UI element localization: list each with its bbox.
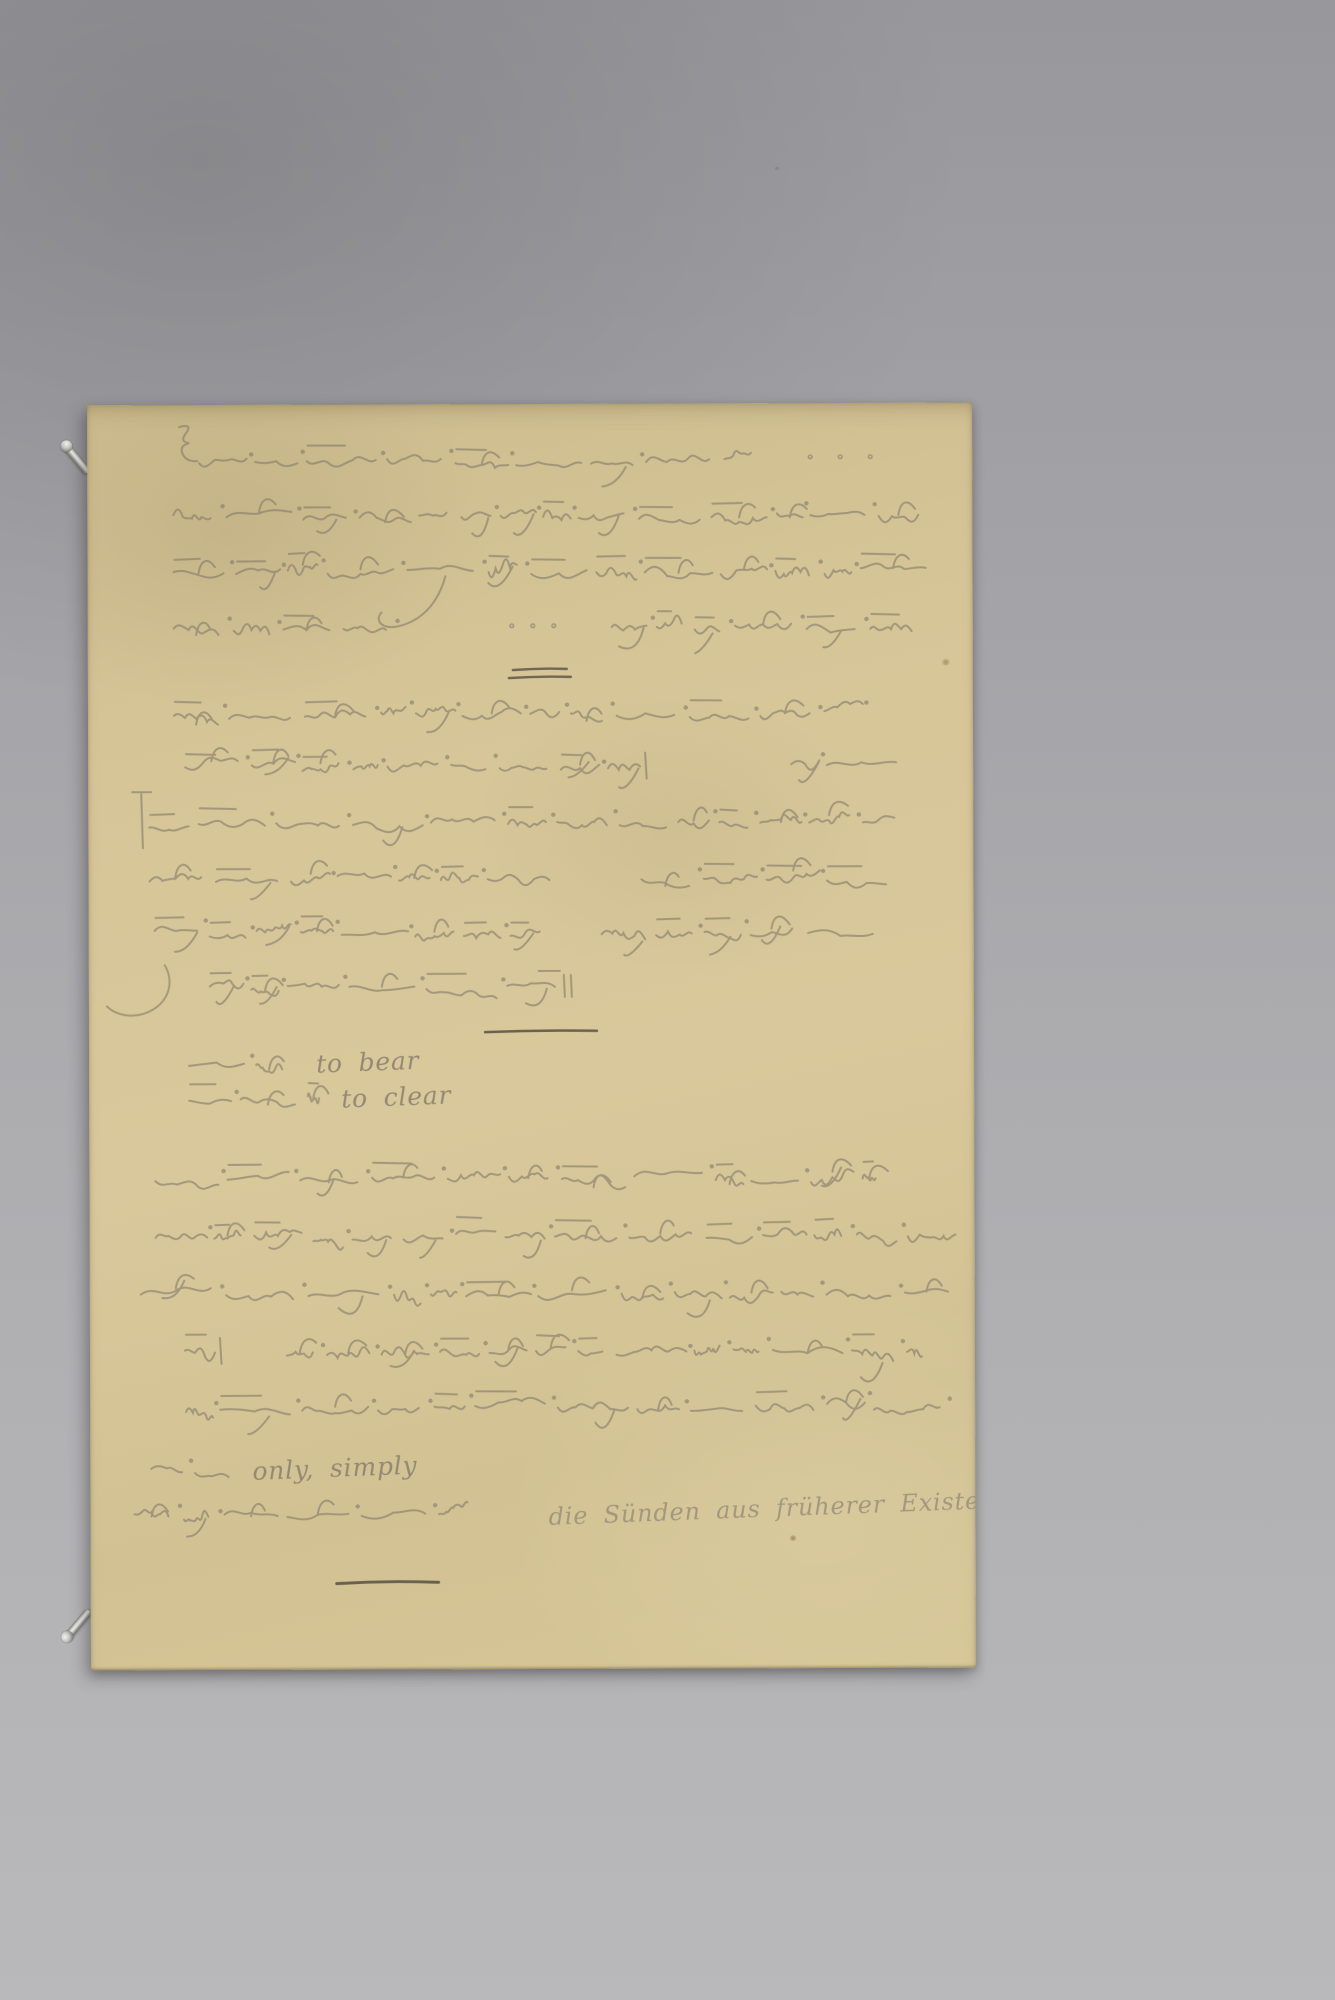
- pin-head-icon: [59, 1628, 76, 1645]
- manuscript-page: to bearto clearonly, simplydie Sünden au…: [87, 403, 976, 1671]
- dust-speck: [775, 167, 779, 170]
- ink-p1-l2: [173, 497, 918, 537]
- ink-p3-l3: [141, 1273, 948, 1319]
- ink-rule-1: [513, 669, 567, 671]
- ink-gloss-only: [151, 1459, 228, 1477]
- ink-p2-l3: [132, 790, 894, 848]
- ink-gloss-clear: [189, 1083, 328, 1107]
- ink-p1-l4: [174, 615, 399, 635]
- ink-p2-l4: [641, 858, 886, 888]
- photograph-of-manuscript: to bearto clearonly, simplydie Sünden au…: [0, 0, 1335, 2000]
- ink-rule-2: [485, 1030, 597, 1032]
- ink-p1-l4-ellipsis: [510, 624, 556, 628]
- ink-p2-l2: [185, 747, 647, 790]
- ink-p2-l2: [791, 753, 896, 782]
- ink-p2-l6: [210, 971, 572, 1007]
- gloss-text-gloss-only: only, simply: [252, 1451, 418, 1486]
- pin-bottom-left: [62, 1608, 92, 1641]
- ink-gloss-german: [134, 1500, 467, 1537]
- ink-p2-l5: [602, 916, 873, 955]
- ink-p2-l5: [155, 916, 540, 952]
- ink-rule-3: [337, 1581, 439, 1583]
- ink-p2-l6-flourish: [107, 965, 170, 1016]
- gloss-text-gloss-clear: to clear: [341, 1080, 453, 1113]
- ink-gloss-bear: [189, 1054, 284, 1073]
- ink-p2-l1: [174, 700, 868, 733]
- ink-p3-l1: [155, 1159, 888, 1196]
- ink-p3-l4: [185, 1335, 222, 1365]
- gloss-text-gloss-german: die Sünden aus früherer Existenz: [548, 1485, 976, 1531]
- ink-p3-l5: [186, 1390, 951, 1435]
- gloss-text-gloss-bear: to bear: [316, 1046, 422, 1079]
- ink-p1-l4: [612, 610, 912, 653]
- ink-p1-l1: [179, 424, 751, 488]
- ink-p1-l1-ellipsis: [808, 455, 872, 459]
- ink-p3-l4: [287, 1334, 922, 1384]
- ink-p3-l2: [156, 1215, 956, 1258]
- ink-rule-1: [509, 677, 571, 679]
- handwriting-ink-layer: to bearto clearonly, simplydie Sünden au…: [87, 403, 976, 1671]
- ink-p2-l4: [149, 860, 549, 899]
- pin-head-icon: [58, 438, 75, 455]
